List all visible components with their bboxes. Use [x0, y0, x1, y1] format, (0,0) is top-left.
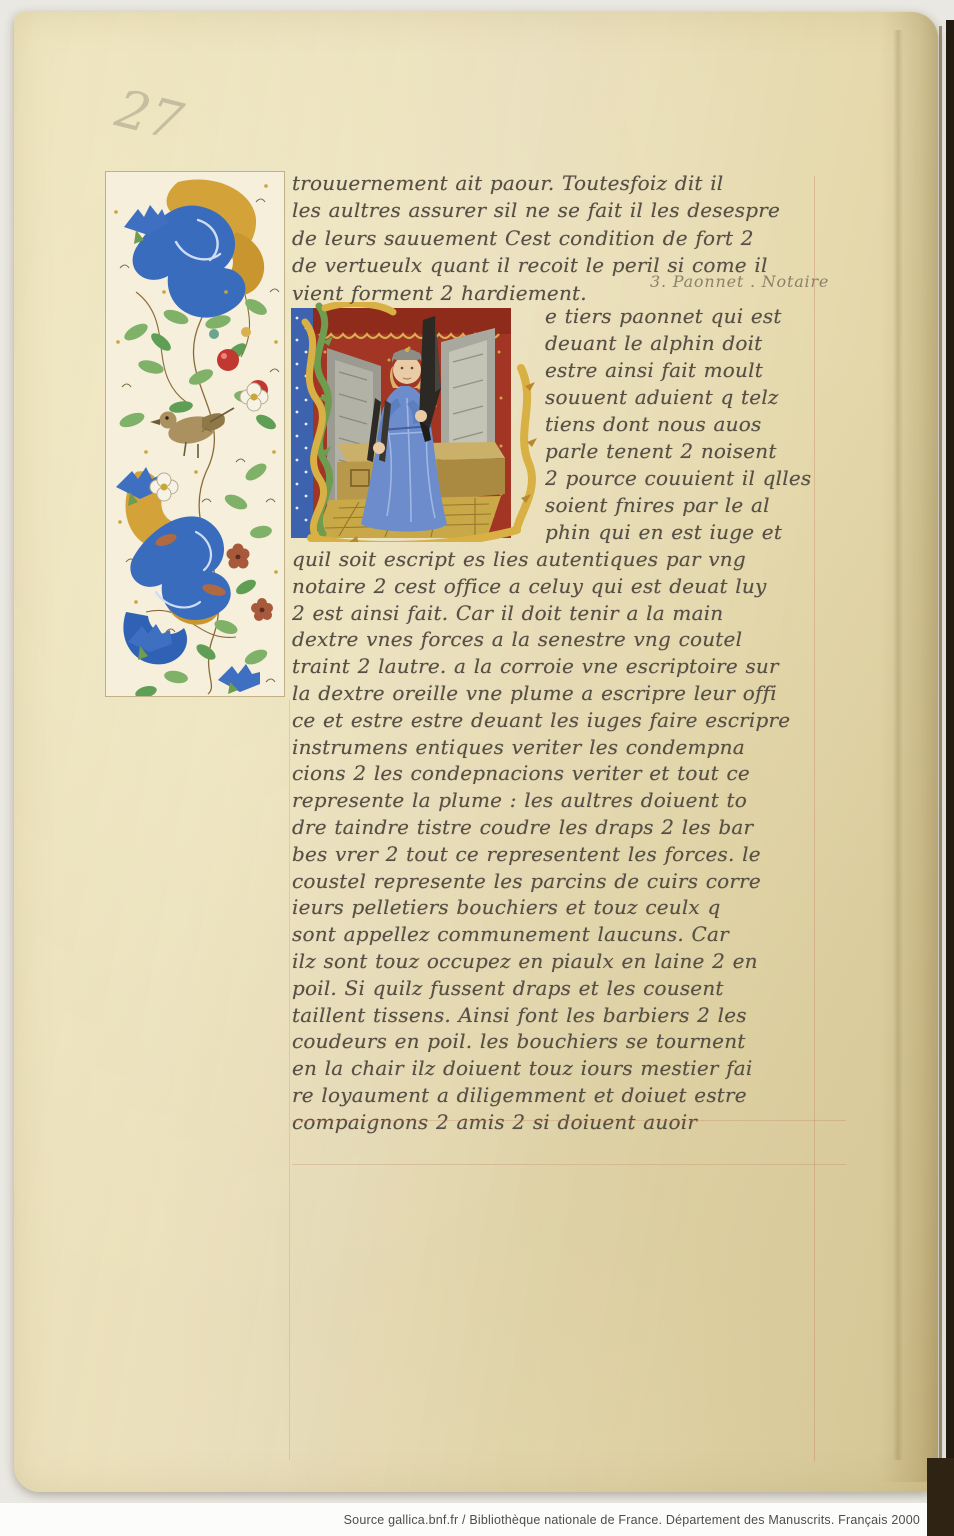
- manuscript-text-line: represente la plume : les aultres doiuen…: [292, 787, 852, 814]
- scanned-manuscript-page: 27: [0, 0, 954, 1536]
- manuscript-text-line: bes vrer 2 tout ce representent les forc…: [292, 841, 852, 868]
- manuscript-text-line: re loyaument a diligemment et doiuet est…: [292, 1082, 852, 1109]
- manuscript-text-line: poil. Si quilz fussent draps et les cous…: [292, 975, 852, 1002]
- manuscript-text-line: taillent tissens. Ainsi font les barbier…: [292, 1002, 852, 1029]
- manuscript-text-line: ilz sont touz occupez en piaulx en laine…: [292, 948, 852, 975]
- bird: [150, 408, 234, 458]
- manuscript-text-line: parle tenent 2 noisent: [545, 438, 845, 465]
- miniature-illustration: [289, 302, 539, 542]
- manuscript-text-line: ieurs pelletiers bouchiers et touz ceulx…: [292, 894, 852, 921]
- manuscript-text-line: dextre vnes forces a la senestre vng cou…: [292, 626, 852, 653]
- manuscript-text-line: ce et estre estre deuant les iuges faire…: [292, 707, 852, 734]
- manuscript-text-line: coudeurs en poil. les bouchiers se tourn…: [292, 1028, 852, 1055]
- manuscript-text-line: souuent aduient q telz: [545, 384, 845, 411]
- ruling-line-horizontal-2: [292, 1164, 846, 1165]
- page-edge-line: [939, 26, 942, 1474]
- binding-strip: [946, 20, 954, 1536]
- ruling-line-vertical-left: [289, 700, 290, 1460]
- manuscript-text-line: quil soit escript es lies autentiques pa…: [292, 546, 852, 573]
- manuscript-text-line: notaire 2 cest office a celuy qui est de…: [292, 573, 852, 600]
- manuscript-text-line: e tiers paonnet qui est: [545, 303, 845, 330]
- ruling-line-horizontal-1: [292, 1120, 846, 1121]
- manuscript-text-line: compaignons 2 amis 2 si doiuent auoir: [292, 1109, 852, 1136]
- manuscript-text-line: 2 pource couuient il qlles: [545, 465, 845, 492]
- manuscript-text-line: 2 est ainsi fait. Car il doit tenir a la…: [292, 600, 852, 627]
- source-caption: Source gallica.bnf.fr / Bibliothèque nat…: [344, 1513, 920, 1527]
- white-rose: [150, 383, 268, 501]
- manuscript-text-line: la dextre oreille vne plume a escripre l…: [292, 680, 852, 707]
- page-curve-shading: [880, 12, 938, 1482]
- manuscript-text-line: soient fnires par le al: [545, 492, 845, 519]
- floral-border-illustration: [106, 172, 284, 696]
- manuscript-text-line: tiens dont nous auos: [545, 411, 845, 438]
- marginal-annotation: 3. Paonnet . Notaire: [650, 272, 890, 291]
- manuscript-text-line: cions 2 les condepnacions veriter et tou…: [292, 760, 852, 787]
- caption-bar: Source gallica.bnf.fr / Bibliothèque nat…: [0, 1503, 954, 1536]
- manuscript-text-line: de leurs sauuement Cest condition de for…: [292, 225, 852, 252]
- manuscript-text-line: trouuernement ait paour. Toutesfoiz dit …: [292, 170, 852, 197]
- manuscript-text-line: coustel represente les parcins de cuirs …: [292, 868, 852, 895]
- manuscript-text-line: deuant le alphin doit: [545, 330, 845, 357]
- manuscript-text-line: dre taindre tistre coudre les draps 2 le…: [292, 814, 852, 841]
- manuscript-text-lower: quil soit escript es lies autentiques pa…: [292, 546, 852, 1136]
- manuscript-text-line: sont appellez communement laucuns. Car: [292, 921, 852, 948]
- manuscript-text-line: instrumens entiques veriter les condempn…: [292, 734, 852, 761]
- binding-corner-dark: [927, 1458, 954, 1536]
- ruling-line-vertical-right: [814, 176, 815, 1462]
- miniature-illuminated-initial: [289, 302, 539, 542]
- manuscript-text-line: en la chair ilz doiuent touz iours mesti…: [292, 1055, 852, 1082]
- manuscript-text-line: phin qui en est iuge et: [545, 519, 845, 546]
- manuscript-text-line: traint 2 lautre. a la corroie vne escrip…: [292, 653, 852, 680]
- manuscript-text-line: les aultres assurer sil ne se fait il le…: [292, 197, 852, 224]
- vertical-fold-shadow: [893, 30, 903, 1460]
- floral-border-panel: [106, 172, 284, 696]
- manuscript-text-line: estre ainsi fait moult: [545, 357, 845, 384]
- manuscript-text-beside-miniature: e tiers paonnet qui estdeuant le alphin …: [545, 303, 845, 546]
